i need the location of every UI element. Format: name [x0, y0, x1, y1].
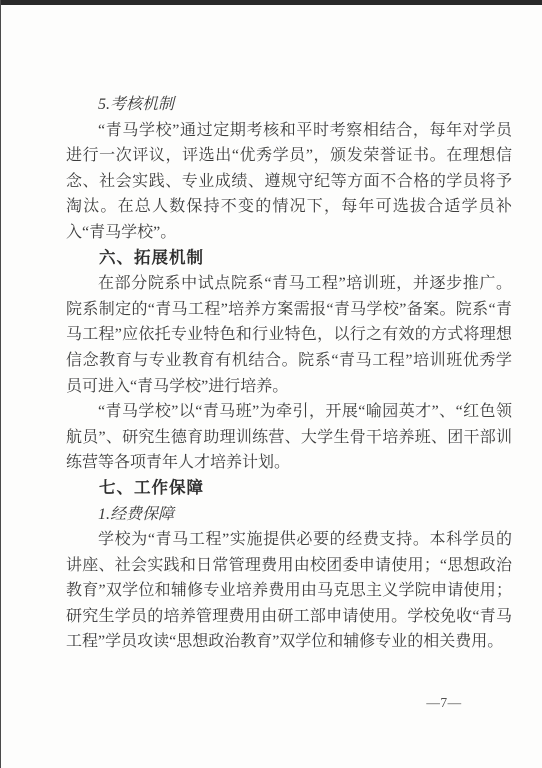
- subheading-funding-support: 1.经费保障: [66, 502, 512, 528]
- paragraph-funding: 学校为“青马工程”实施提供必要的经费支持。本科学员的讲座、社会实践和日常管理费用…: [66, 527, 512, 655]
- scan-top-edge: [0, 0, 542, 5]
- document-page: 5.考核机制 “青马学校”通过定期考核和平时考察相结合，每年对学员进行一次评议，…: [0, 0, 542, 768]
- document-body: 5.考核机制 “青马学校”通过定期考核和平时考察相结合，每年对学员进行一次评议，…: [66, 92, 512, 655]
- heading-section-six-expansion: 六、拓展机制: [66, 246, 512, 272]
- heading-section-seven-support: 七、工作保障: [66, 476, 512, 502]
- paragraph-expansion-pilot: 在部分院系中试点院系“青马工程”培训班，并逐步推广。院系制定的“青马工程”培养方…: [66, 271, 512, 399]
- page-number: —7—: [424, 695, 464, 711]
- scan-left-edge: [0, 0, 1, 768]
- paragraph-talent-programs: “青马学校”以“青马班”为牵引，开展“喻园英才”、“红色领航员”、研究生德育助理…: [66, 399, 512, 476]
- paragraph-assessment: “青马学校”通过定期考核和平时考察相结合，每年对学员进行一次评议，评选出“优秀学…: [66, 118, 512, 246]
- subheading-assessment-mechanism: 5.考核机制: [66, 92, 512, 118]
